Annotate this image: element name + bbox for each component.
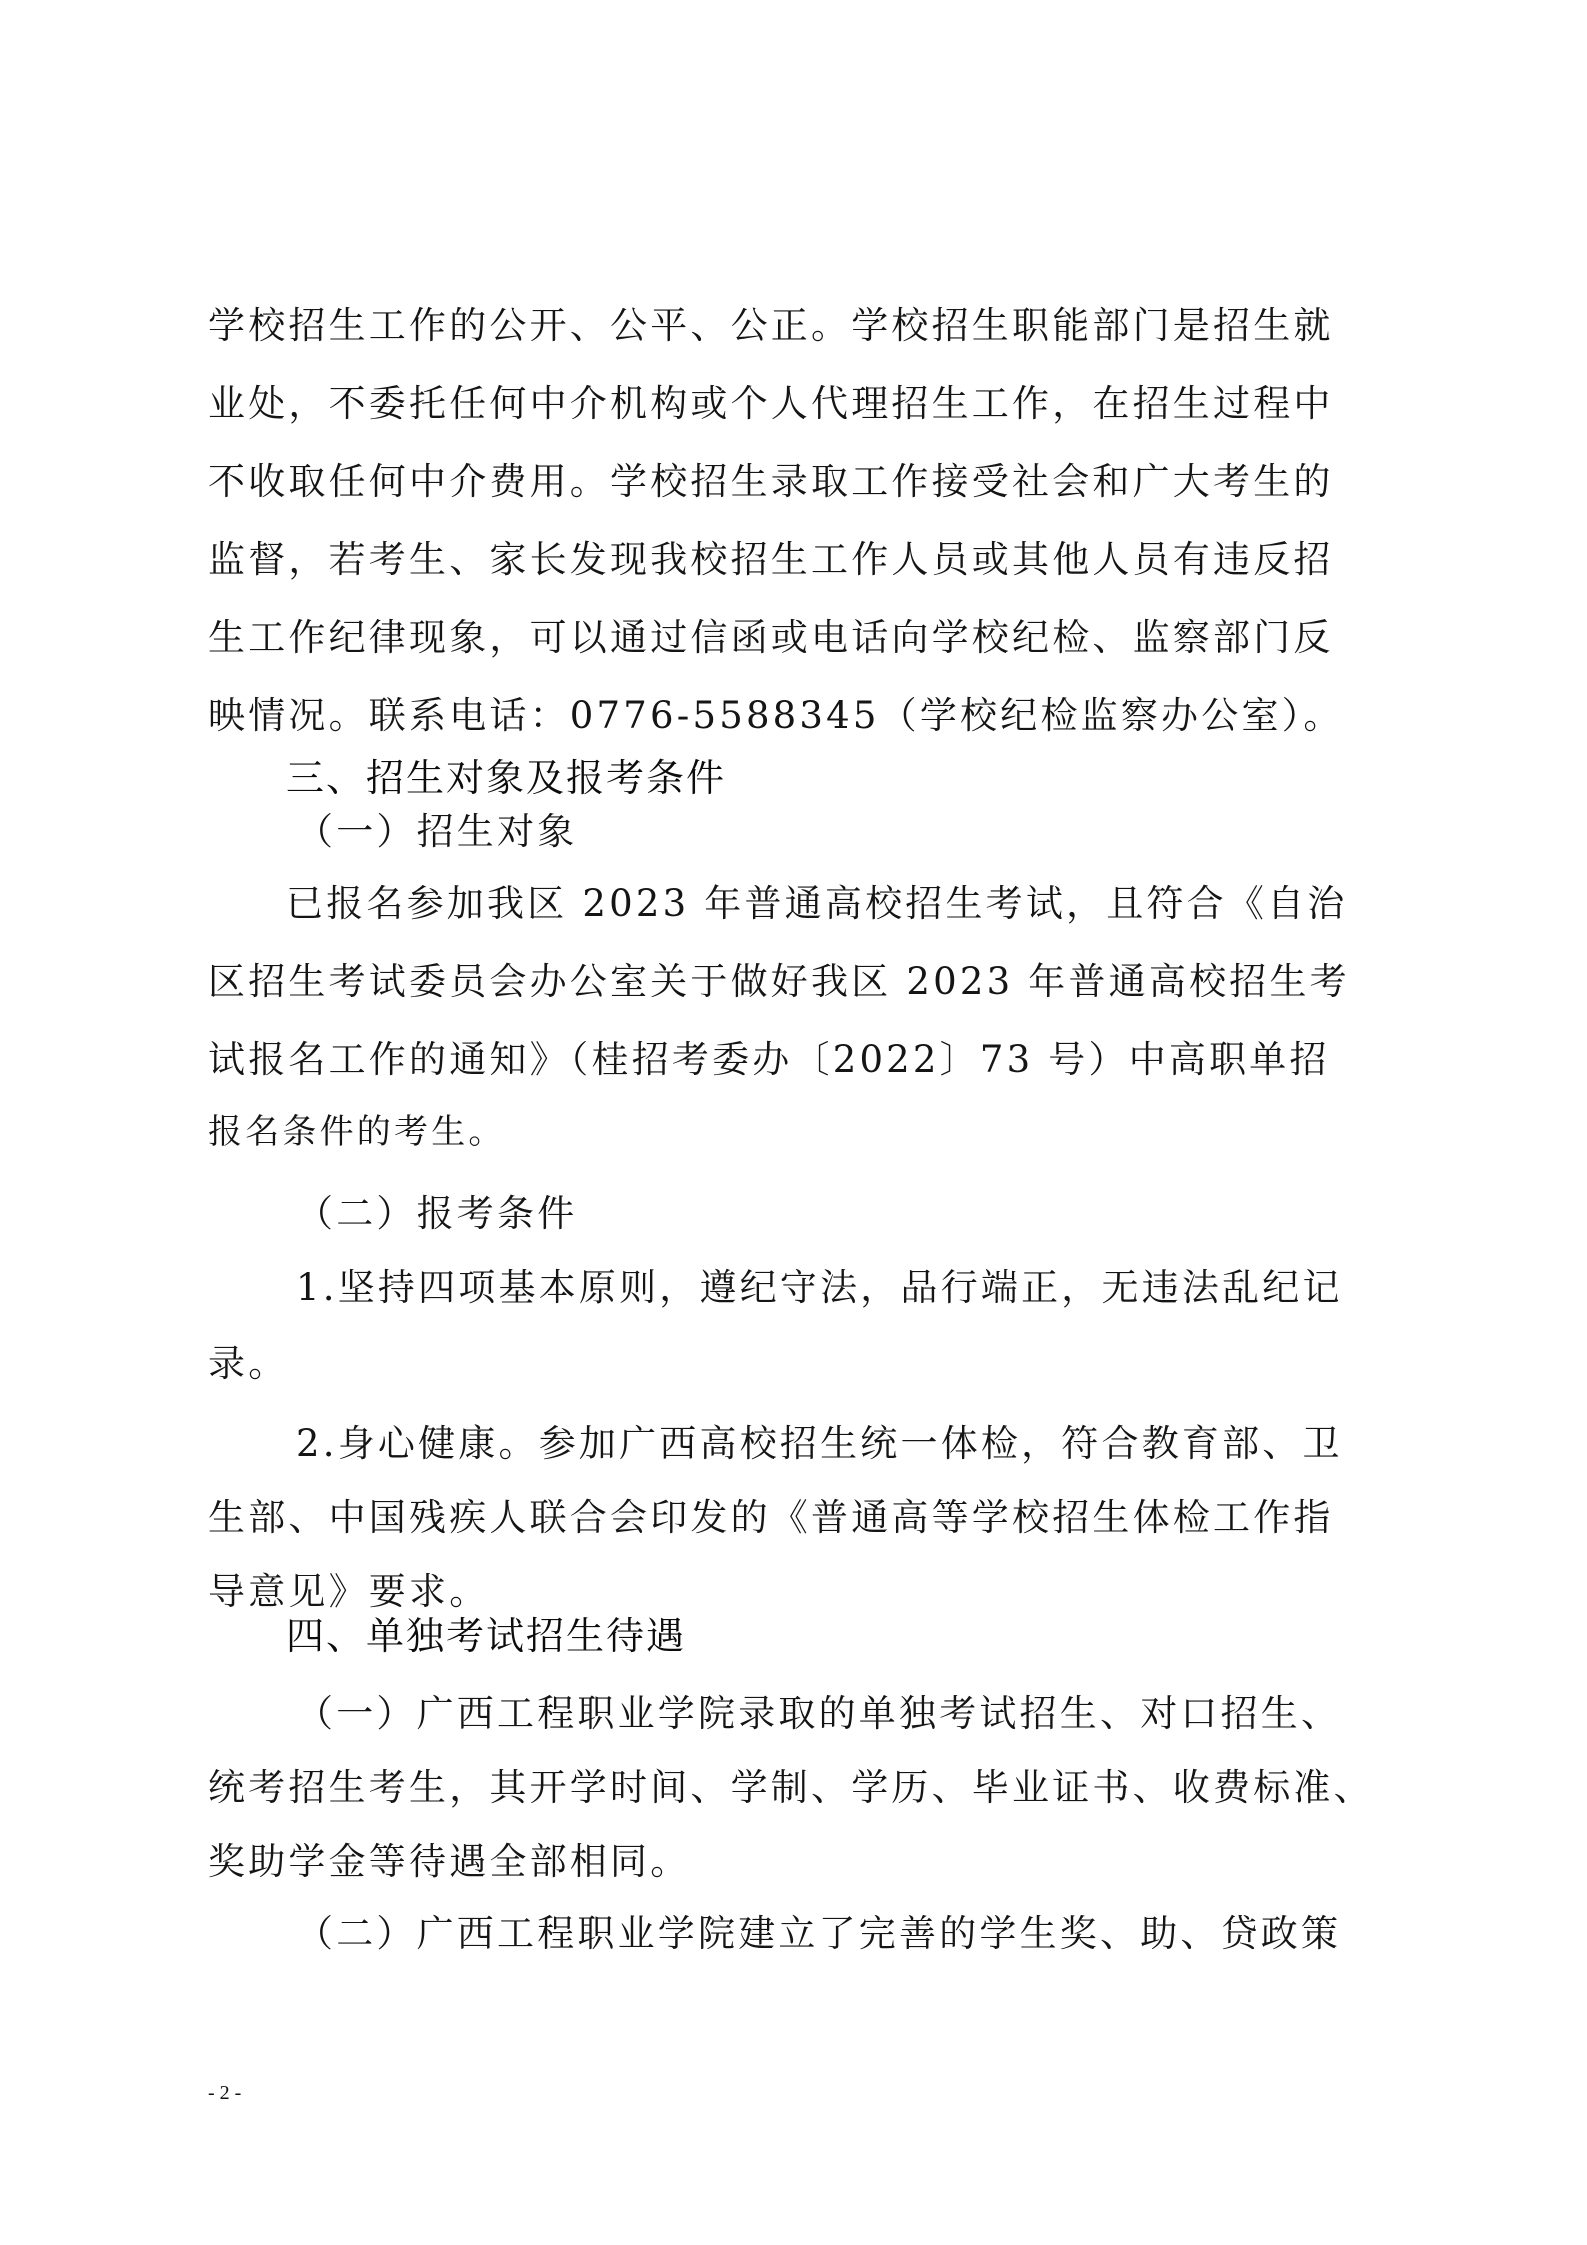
- paragraph-line: 试报名工作的通知》（桂招考委办〔2022〕73 号）中高职单招: [208, 1034, 1388, 1086]
- paragraph-line: 不收取任何中介费用。学校招生录取工作接受社会和广大考生的: [208, 456, 1388, 508]
- subsection-title-2: （二）报考条件: [296, 1188, 1476, 1240]
- list-item: 1.坚持四项基本原则，遵纪守法，品行端正，无违法乱纪记: [296, 1262, 1476, 1314]
- list-item-continuation: 统考招生考生，其开学时间、学制、学历、毕业证书、收费标准、: [208, 1762, 1388, 1814]
- document-page: 学校招生工作的公开、公平、公正。学校招生职能部门是招生就 业处，不委托任何中介机…: [0, 0, 1587, 2245]
- paragraph-line: 学校招生工作的公开、公平、公正。学校招生职能部门是招生就: [208, 300, 1388, 352]
- list-item-continuation: 奖助学金等待遇全部相同。: [208, 1836, 1388, 1888]
- paragraph-line: 业处，不委托任何中介机构或个人代理招生工作，在招生过程中: [208, 378, 1388, 430]
- list-item: 2.身心健康。参加广西高校招生统一体检，符合教育部、卫: [296, 1418, 1476, 1470]
- paragraph-line: 已报名参加我区 2023 年普通高校招生考试，且符合《自治: [286, 878, 1466, 930]
- list-item: （一）广西工程职业学院录取的单独考试招生、对口招生、: [296, 1688, 1476, 1740]
- page-number: - 2 -: [208, 2082, 241, 2105]
- paragraph-line: 生工作纪律现象，可以通过信函或电话向学校纪检、监察部门反: [208, 612, 1388, 664]
- section-heading-4: 四、单独考试招生待遇: [286, 1610, 1466, 1662]
- paragraph-line: 监督，若考生、家长发现我校招生工作人员或其他人员有违反招: [208, 534, 1388, 586]
- paragraph-line: 区招生考试委员会办公室关于做好我区 2023 年普通高校招生考: [208, 956, 1388, 1008]
- list-item-continuation: 录。: [208, 1338, 1388, 1390]
- subsection-title-1: （一）招生对象: [296, 806, 1476, 858]
- paragraph-line: 报名条件的考生。: [208, 1106, 1388, 1158]
- list-item: （二）广西工程职业学院建立了完善的学生奖、助、贷政策: [296, 1908, 1476, 1960]
- paragraph-line: 映情况。联系电话：0776-5588345（学校纪检监察办公室）。: [208, 690, 1388, 742]
- section-heading-3: 三、招生对象及报考条件: [286, 752, 1466, 804]
- list-item-continuation: 生部、中国残疾人联合会印发的《普通高等学校招生体检工作指: [208, 1492, 1388, 1544]
